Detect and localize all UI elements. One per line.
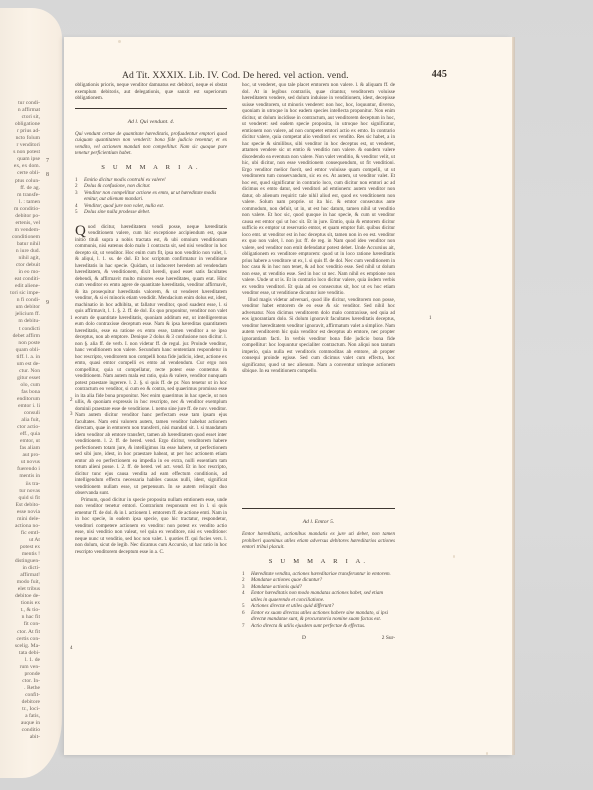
summaria-item: 5Dolus sine nulla prodesse debet. (75, 209, 227, 216)
facing-line: fuerendo i (0, 466, 40, 473)
facing-line: ex, ex dom. (0, 163, 40, 170)
facing-line: fit con- (0, 621, 40, 628)
facing-line: t condicti (0, 326, 40, 333)
facing-line: . Rethe (0, 685, 40, 692)
facing-line: ctori sit, (0, 114, 40, 121)
facing-line: tata debi- (0, 650, 40, 657)
drop-cap: Q (75, 225, 86, 237)
facing-line: debet affirm (0, 333, 40, 340)
facing-line: ertenis, vel (0, 220, 40, 227)
facing-line: non poste (0, 340, 40, 347)
facing-line: affirmat! (0, 572, 40, 579)
facing-line: elet tribus (0, 586, 40, 593)
facing-line: ut At (0, 537, 40, 544)
right-column: hoc, ut venderet, quo tale placet emtore… (242, 82, 395, 641)
facing-line: Est debito- (0, 502, 40, 509)
facing-line: mini dele- (0, 516, 40, 523)
facing-page: tur condi-n affirmatctori sit,obligation… (0, 8, 62, 778)
catchword: 2 Sur- (382, 635, 395, 641)
facing-line: nihil agit, (0, 255, 40, 262)
facing-line: mentis ! (0, 551, 40, 558)
facing-line: rum ven- (0, 664, 40, 671)
facing-line: m transfe- (0, 192, 40, 199)
facing-line: ff. de ag. (0, 185, 40, 192)
facing-line: confit- (0, 692, 40, 699)
facing-line: um est de- (0, 361, 40, 368)
body-paragraph: Quod dicitur, hæreditatem vendi posse, n… (75, 224, 227, 497)
facing-line: n fi condi- (0, 297, 40, 304)
facing-line: ctor. At fit (0, 629, 40, 636)
facing-line: m conditio- (0, 206, 40, 213)
body-paragraph: hoc, ut venderet, quo tale placet emtore… (242, 82, 395, 297)
facing-line: m debitu- (0, 318, 40, 325)
body-paragraph: Illud magis videtur adversari, quod ille… (242, 297, 395, 375)
facing-line: ctor debuit (0, 262, 40, 269)
facing-line: r venditori (0, 142, 40, 149)
body-paragraph: Primum, quod dicitur in specie proposita… (75, 497, 227, 556)
facing-line: ptus colun- (0, 178, 40, 185)
facing-line: enditorum (0, 396, 40, 403)
summaria-item: 3Venditor non compellitur actione ex emt… (75, 190, 227, 203)
facing-line: in eo mo- (0, 269, 40, 276)
facing-line: tiff. l. a. in (0, 354, 40, 361)
facing-line: pronde (0, 671, 40, 678)
margin-note: 4 (70, 646, 73, 651)
facing-line: quam obli- (0, 347, 40, 354)
facing-line: s non potest (0, 149, 40, 156)
facing-line: fic emtl- (0, 530, 40, 537)
facing-line: ctor. In- (0, 678, 40, 685)
section-summary: Emtor hæreditatis, actionibus mandatis e… (242, 531, 395, 551)
foxing-spot (486, 752, 488, 755)
opening-paragraph: obligationis prioris, neque venditor dam… (75, 82, 227, 102)
right-commentary-body: hoc, ut venderet, quo tale placet emtore… (242, 82, 395, 502)
facing-line: emtor i. li (0, 403, 40, 410)
facing-line: modo fuit, (0, 579, 40, 586)
page-number: 445 (432, 69, 447, 80)
facing-line: obligatione (0, 121, 40, 128)
facing-line: potest ex (0, 544, 40, 551)
facing-line: edit aliene- (0, 283, 40, 290)
facing-line: conditio (0, 727, 40, 734)
facing-margin-number: 9 (46, 300, 49, 306)
page-edge (512, 37, 515, 755)
facing-line: olo, cum (0, 382, 40, 389)
facing-line: esse novia (0, 509, 40, 516)
facing-line: alia fuit, (0, 417, 40, 424)
facing-line: tr., Ioci- (0, 706, 40, 713)
facing-margin-number: 8 (46, 172, 49, 178)
page-signature: D 2 Sur- (242, 635, 395, 641)
summaria-item: 6Emtor ex suam directas utiles actiones … (242, 610, 395, 623)
facing-line: jelicium ff. (0, 311, 40, 318)
facing-line: fas aliam (0, 445, 40, 452)
margin-note: 1 (429, 316, 432, 321)
facing-line: mentis in (0, 473, 40, 480)
facing-line: l. 1. de (0, 657, 40, 664)
facing-line: actiona no- (0, 523, 40, 530)
facing-line: l. : tamen (0, 199, 40, 206)
facing-line: tionis ex (0, 600, 40, 607)
facing-line: gitur esset (0, 375, 40, 382)
facing-line: aut pro- (0, 452, 40, 459)
facing-line: conditionem (0, 234, 40, 241)
section-rule (242, 508, 395, 509)
facing-page-text: tur condi-n affirmatctori sit,obligation… (0, 100, 40, 741)
foxing-spot (453, 555, 455, 558)
facing-line: debitor po- (0, 213, 40, 220)
section-rule (75, 108, 227, 109)
facing-line: auque in (0, 720, 40, 727)
facing-line: consuli (0, 410, 40, 417)
facing-line: debitore (0, 699, 40, 706)
facing-line: ctur. Non (0, 368, 40, 375)
facing-line: distinguen- (0, 558, 40, 565)
facing-line: fas bona (0, 389, 40, 396)
facing-line: certe obli- (0, 170, 40, 177)
facing-line: quam ipse (0, 156, 40, 163)
facing-line: um debitor (0, 304, 40, 311)
facing-line: ctor actio- (0, 424, 40, 431)
margin-note: 1 (70, 316, 73, 321)
facing-line: ut novus (0, 459, 40, 466)
facing-line: certis con- (0, 636, 40, 643)
summaria-list: 1Hæreditate vendita, actiones hæreditari… (242, 571, 395, 630)
margin-note: 2 (70, 398, 73, 403)
facing-line: quid si fit (0, 495, 40, 502)
commentary-body: Quod dicitur, hæreditatem vendi posse, n… (75, 224, 227, 560)
section-heading: Ad l. Qui vendunt. 4. (75, 119, 227, 125)
running-head-title: Ad Tit. XXXIX. Lib. IV. Cod. De hered. v… (122, 70, 349, 81)
facing-line: in dicti- (0, 565, 40, 572)
facing-line: tur novas (0, 488, 40, 495)
facing-line: eff., quia (0, 431, 40, 438)
facing-line: tur condi- (0, 100, 40, 107)
facing-line: n hac fit (0, 614, 40, 621)
summaria-item: 4Emtor hæreditatis non modo mandatas act… (242, 590, 395, 603)
facing-line: eat conditi- (0, 276, 40, 283)
summaria-title: S U M M A R I A. (75, 164, 227, 171)
facing-line: iis tra- (0, 481, 40, 488)
facing-line: n affirmat (0, 107, 40, 114)
summaria-title: S U M M A R I A. (242, 558, 395, 565)
section-summary: Qui vendunt certae de quantitate hæredit… (75, 131, 227, 157)
facing-line: t., & tio- (0, 607, 40, 614)
facing-line: a fatis, (0, 713, 40, 720)
foxing-spot (118, 40, 121, 43)
facing-line: debitoe de- (0, 593, 40, 600)
left-column: obligationis prioris, neque venditor dam… (75, 82, 227, 560)
signature-mark: D (302, 635, 306, 641)
facing-line: emtor, ut (0, 438, 40, 445)
facing-line: m vendem- (0, 227, 40, 234)
facing-line: ncto folum (0, 135, 40, 142)
facing-line: n iure dud. (0, 248, 40, 255)
summaria-list: 1Emitio dicitur modis contrahi ex valere… (75, 177, 227, 216)
facing-line: tori sic impe- (0, 290, 40, 297)
facing-line: abit- (0, 734, 40, 741)
margin-note: 3 (70, 412, 73, 417)
facing-line: scelig. Ma- (0, 643, 40, 650)
section-heading: Ad l. Emtor 5. (242, 519, 395, 525)
facing-line: r prius ad- (0, 128, 40, 135)
facing-margin-number: 7 (46, 158, 49, 164)
summaria-item: 7Actio directa & utilis ejusdem sunt per… (242, 623, 395, 630)
facing-line: batur nihil (0, 241, 40, 248)
